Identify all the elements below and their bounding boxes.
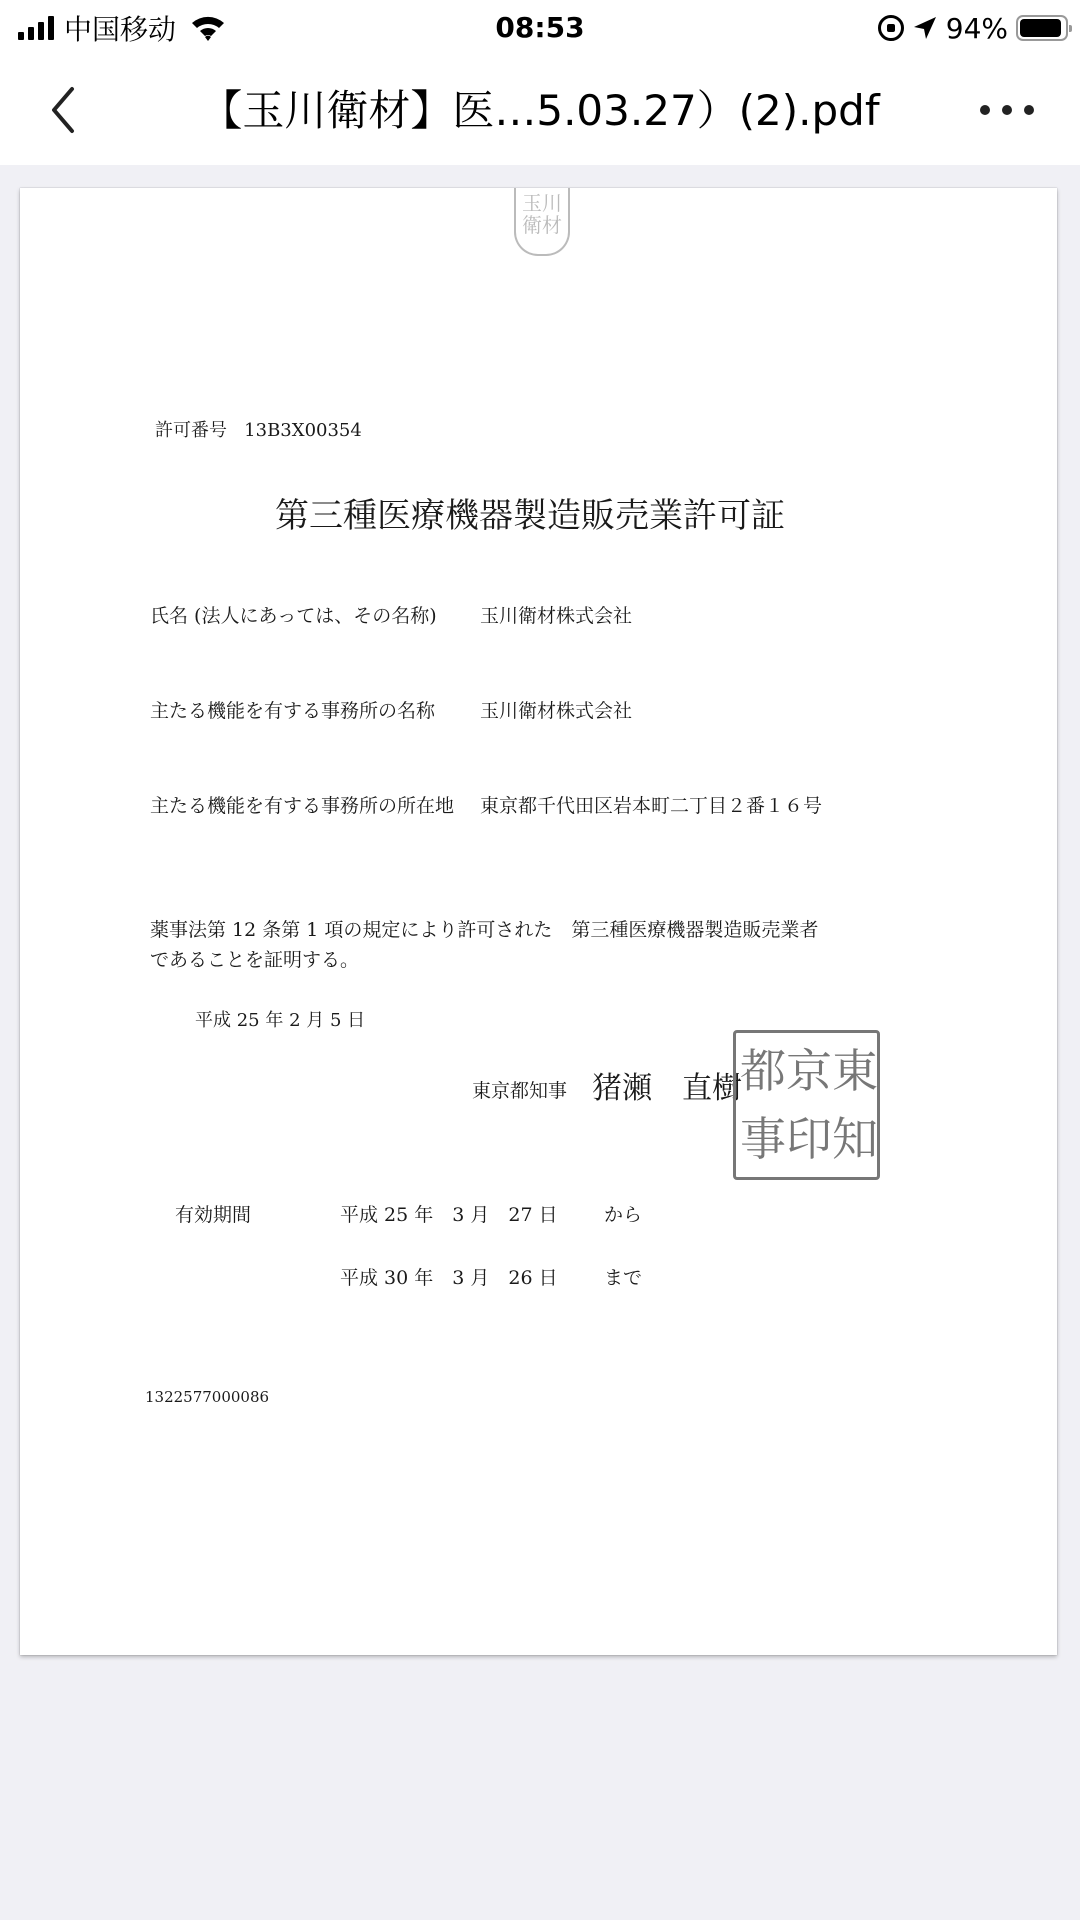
more-icon-dot [980, 105, 990, 115]
field-label: 主たる機能を有する事務所の所在地 [150, 795, 454, 817]
permit-number-label: 許可番号 [155, 420, 227, 441]
statement-line-2: であることを証明する。 [150, 945, 359, 972]
more-button[interactable] [980, 95, 1034, 125]
issue-date: 平成 25 年 2 月 5 日 [195, 1006, 365, 1032]
stamp-char: 事 [740, 1105, 786, 1173]
stamp-char: 知 [832, 1105, 878, 1173]
certificate-title: 第三種医療機器製造販売業許可証 [275, 488, 785, 537]
field-value: 東京都千代田区岩本町二丁目２番１６号 [480, 791, 822, 818]
statement-line-1: 薬事法第 12 条第 1 項の規定により許可された 第三種医療機器製造販売業者 [150, 915, 818, 942]
battery-percent: 94% [946, 12, 1008, 45]
document-title: 【玉川衛材】医…5.03.27）(2).pdf [120, 85, 960, 137]
validity-to-suffix: まで [604, 1263, 642, 1290]
stamp-char: 京 [786, 1037, 832, 1105]
more-icon-dot [1002, 105, 1012, 115]
back-button[interactable] [40, 83, 90, 137]
stamp-char: 印 [786, 1105, 832, 1173]
location-arrow-icon [912, 15, 938, 41]
field-row: 氏名 (法人にあっては、その名称) 玉川衛材株式会社 [150, 601, 437, 628]
field-value: 玉川衛材株式会社 [480, 696, 632, 723]
validity-from: 平成 25 年 3 月 27 日 [340, 1200, 558, 1227]
issuer-title: 東京都知事 [472, 1076, 567, 1103]
permit-number-row: 許可番号 13B3X00354 [155, 416, 362, 442]
serial-number: 1322577000086 [145, 1388, 269, 1406]
field-row: 主たる機能を有する事務所の名称 玉川衛材株式会社 [150, 696, 435, 723]
field-row: 主たる機能を有する事務所の所在地 東京都千代田区岩本町二丁目２番１６号 [150, 791, 454, 818]
status-bar: 中国移动 08:53 94% [0, 0, 1080, 55]
nav-bar: 【玉川衛材】医…5.03.27）(2).pdf [0, 55, 1080, 165]
stamp-char: 都 [740, 1037, 786, 1105]
battery-icon [1016, 15, 1068, 41]
pdf-viewer[interactable]: 玉川衛材 許可番号 13B3X00354 第三種医療機器製造販売業許可証 氏名 … [0, 165, 1080, 1920]
more-icon-dot [1024, 105, 1034, 115]
validity-to: 平成 30 年 3 月 26 日 [340, 1263, 558, 1290]
stamp-char: 東 [832, 1037, 878, 1105]
official-seal-stamp: 都 京 東 事 印 知 [733, 1030, 880, 1180]
field-label: 主たる機能を有する事務所の名称 [150, 700, 435, 722]
pdf-page: 玉川衛材 許可番号 13B3X00354 第三種医療機器製造販売業許可証 氏名 … [20, 188, 1057, 1655]
field-value: 玉川衛材株式会社 [480, 601, 632, 628]
validity-from-suffix: から [604, 1200, 642, 1227]
top-seal-stamp: 玉川衛材 [514, 188, 570, 256]
rotation-lock-icon [878, 15, 904, 41]
validity-label: 有効期間 [175, 1200, 251, 1227]
issuer-name: 猪瀬 直樹 [592, 1063, 742, 1107]
permit-number: 13B3X00354 [244, 420, 362, 441]
field-label: 氏名 (法人にあっては、その名称) [150, 605, 437, 627]
